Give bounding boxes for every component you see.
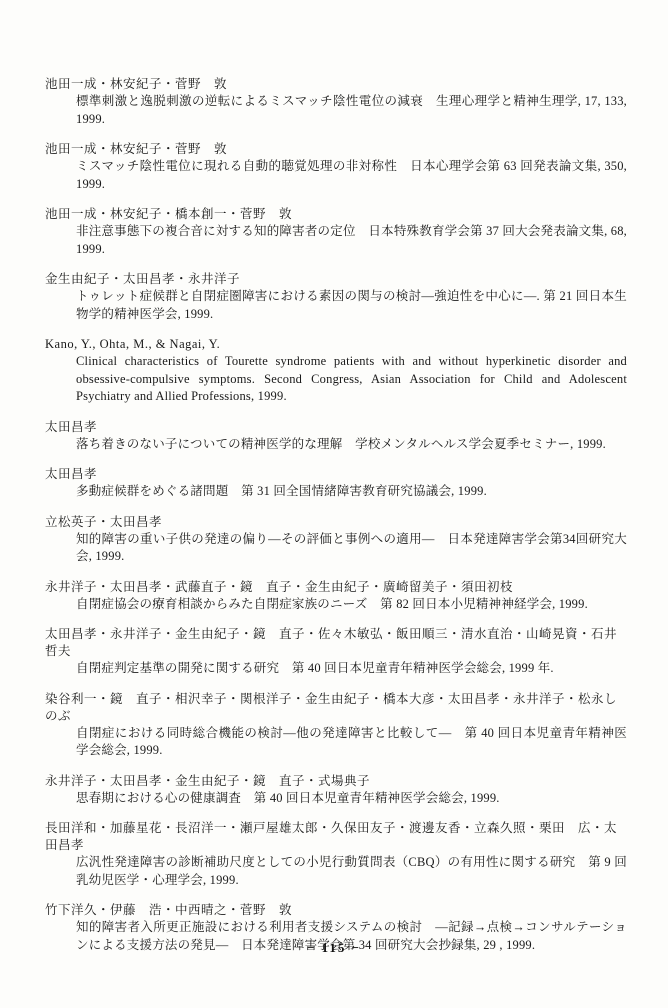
reference-body: 知的障害の重い子供の発達の偏り―その評価と事例への適用― 日本発達障害学会第34…: [45, 531, 627, 566]
reference-entry: 長田洋和・加藤星花・長沼洋一・瀬戸屋雄太郎・久保田友子・渡邊友香・立森久照・栗田…: [45, 820, 627, 889]
reference-authors: 永井洋子・太田昌孝・武藤直子・鏡 直子・金生由紀子・廣崎留美子・須田初枝: [45, 579, 627, 596]
reference-authors: 池田一成・林安紀子・菅野 敦: [45, 76, 627, 93]
page-number: − 115 −: [0, 940, 668, 956]
reference-authors: Kano, Y., Ohta, M., & Nagai, Y.: [45, 336, 627, 353]
reference-authors: 竹下洋久・伊藤 浩・中西晴之・菅野 敦: [45, 902, 627, 919]
reference-body: Clinical characteristics of Tourette syn…: [45, 353, 627, 406]
reference-authors: 金生由紀子・太田昌孝・永井洋子: [45, 271, 627, 288]
reference-list: 池田一成・林安紀子・菅野 敦標準刺激と逸脱刺激の逆転によるミスマッチ陰性電位の減…: [45, 76, 627, 967]
reference-entry: 金生由紀子・太田昌孝・永井洋子トゥレット症候群と自閉症圏障害における素因の関与の…: [45, 271, 627, 323]
reference-entry: 太田昌孝落ち着きのない子についての精神医学的な理解 学校メンタルヘルス学会夏季セ…: [45, 419, 627, 454]
reference-entry: 立松英子・太田昌孝知的障害の重い子供の発達の偏り―その評価と事例への適用― 日本…: [45, 514, 627, 566]
reference-body: トゥレット症候群と自閉症圏障害における素因の関与の検討―強迫性を中心に―. 第 …: [45, 288, 627, 323]
reference-body: ミスマッチ陰性電位に現れる自動的聴覚処理の非対称性 日本心理学会第 63 回発表…: [45, 158, 627, 193]
reference-entry: 染谷利一・鏡 直子・相沢幸子・関根洋子・金生由紀子・橋本大彦・太田昌孝・永井洋子…: [45, 691, 627, 760]
reference-authors: 池田一成・林安紀子・菅野 敦: [45, 141, 627, 158]
reference-body: 自閉症協会の療育相談からみた自閉症家族のニーズ 第 82 回日本小児精神神経学会…: [45, 596, 627, 614]
reference-entry: 池田一成・林安紀子・菅野 敦標準刺激と逸脱刺激の逆転によるミスマッチ陰性電位の減…: [45, 76, 627, 128]
reference-body: 自閉症における同時総合機能の検討―他の発達障害と比較して― 第 40 回日本児童…: [45, 725, 627, 760]
reference-authors: 染谷利一・鏡 直子・相沢幸子・関根洋子・金生由紀子・橋本大彦・太田昌孝・永井洋子…: [45, 691, 627, 725]
reference-entry: 永井洋子・太田昌孝・武藤直子・鏡 直子・金生由紀子・廣崎留美子・須田初枝自閉症協…: [45, 579, 627, 614]
reference-entry: 池田一成・林安紀子・橋本創一・菅野 敦非注意事態下の複合音に対する知的障害者の定…: [45, 206, 627, 258]
reference-entry: 池田一成・林安紀子・菅野 敦ミスマッチ陰性電位に現れる自動的聴覚処理の非対称性 …: [45, 141, 627, 193]
reference-body: 落ち着きのない子についての精神医学的な理解 学校メンタルヘルス学会夏季セミナー,…: [45, 436, 627, 454]
reference-entry: 永井洋子・太田昌孝・金生由紀子・鏡 直子・式場典子思春期における心の健康調査 第…: [45, 773, 627, 808]
reference-entry: 太田昌孝多動症候群をめぐる諸問題 第 31 回全国情緒障害教育研究協議会, 19…: [45, 466, 627, 501]
reference-body: 多動症候群をめぐる諸問題 第 31 回全国情緒障害教育研究協議会, 1999.: [45, 483, 627, 501]
reference-body: 非注意事態下の複合音に対する知的障害者の定位 日本特殊教育学会第 37 回大会発…: [45, 223, 627, 258]
reference-body: 自閉症判定基準の開発に関する研究 第 40 回日本児童青年精神医学会総会, 19…: [45, 660, 627, 678]
reference-authors: 永井洋子・太田昌孝・金生由紀子・鏡 直子・式場典子: [45, 773, 627, 790]
reference-authors: 立松英子・太田昌孝: [45, 514, 627, 531]
reference-authors: 太田昌孝: [45, 419, 627, 436]
reference-body: 標準刺激と逸脱刺激の逆転によるミスマッチ陰性電位の減衰 生理心理学と精神生理学,…: [45, 93, 627, 128]
reference-authors: 太田昌孝: [45, 466, 627, 483]
reference-authors: 太田昌孝・永井洋子・金生由紀子・鏡 直子・佐々木敏弘・飯田順三・清水直治・山崎晃…: [45, 626, 627, 660]
reference-authors: 長田洋和・加藤星花・長沼洋一・瀬戸屋雄太郎・久保田友子・渡邊友香・立森久照・栗田…: [45, 820, 627, 854]
reference-authors: 池田一成・林安紀子・橋本創一・菅野 敦: [45, 206, 627, 223]
reference-entry: Kano, Y., Ohta, M., & Nagai, Y.Clinical …: [45, 336, 627, 406]
reference-body: 思春期における心の健康調査 第 40 回日本児童青年精神医学会総会, 1999.: [45, 790, 627, 808]
reference-body: 広汎性発達障害の診断補助尺度としての小児行動質問表（CBQ）の有用性に関する研究…: [45, 854, 627, 889]
reference-entry: 太田昌孝・永井洋子・金生由紀子・鏡 直子・佐々木敏弘・飯田順三・清水直治・山崎晃…: [45, 626, 627, 678]
document-page: 池田一成・林安紀子・菅野 敦標準刺激と逸脱刺激の逆転によるミスマッチ陰性電位の減…: [0, 0, 668, 1008]
